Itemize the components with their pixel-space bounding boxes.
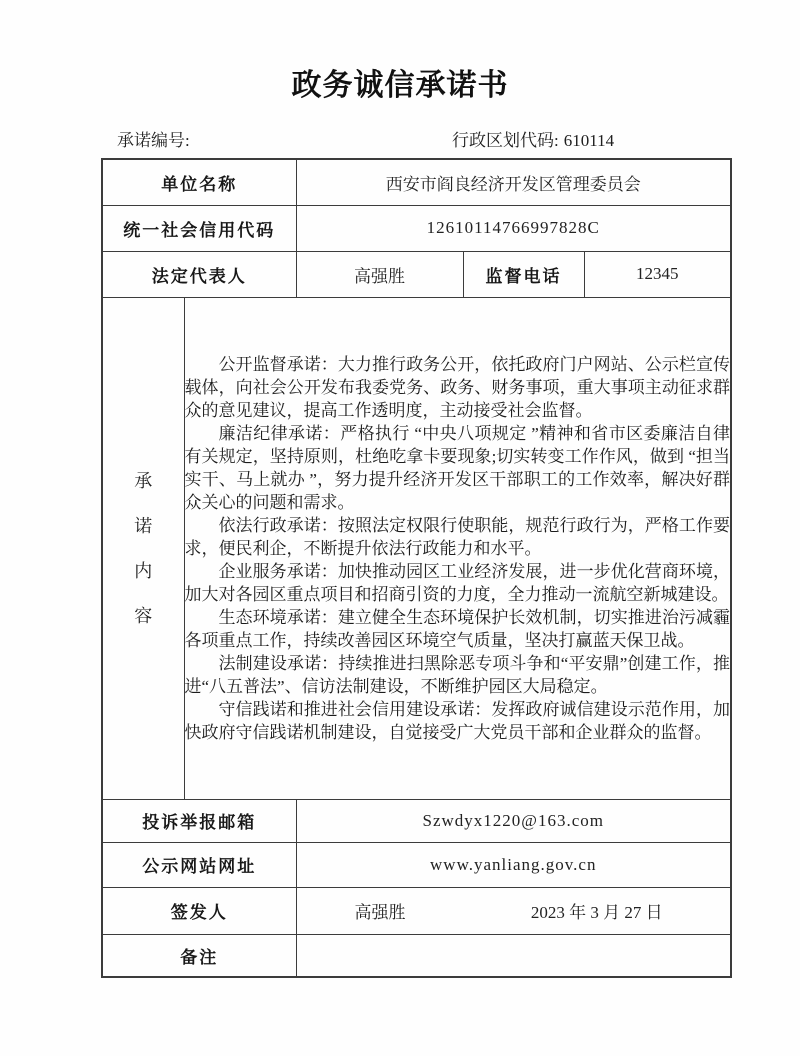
region-code-label: 行政区划代码: (452, 131, 559, 150)
commitment-paragraph: 生态环境承诺：建立健全生态环境保护长效机制，切实推进治污减霾各项重点工作，持续改… (185, 606, 731, 652)
row-issuer: 签发人 高强胜 2023 年 3 月 27 日 (102, 887, 731, 934)
commitment-label-char: 诺 (103, 517, 184, 535)
commitment-paragraph: 依法行政承诺：按照法定权限行使职能，规范行政行为，严格工作要求，便民利企，不断提… (185, 514, 731, 560)
commitment-content-label: 承 诺 内 容 (102, 297, 184, 799)
remarks-value (296, 934, 731, 977)
row-remarks: 备注 (102, 934, 731, 977)
legal-rep-label: 法定代表人 (102, 251, 296, 297)
row-unit-name: 单位名称 西安市阎良经济开发区管理委员会 (102, 159, 731, 205)
promise-number-label: 承诺编号: (117, 126, 190, 151)
unit-name-label: 单位名称 (102, 159, 296, 205)
complaint-email-label: 投诉举报邮箱 (102, 799, 296, 842)
issuer-name: 高强胜 (297, 898, 464, 923)
row-credit-code: 统一社会信用代码 12610114766997828C (102, 205, 731, 251)
legal-rep-value: 高强胜 (296, 251, 463, 297)
row-commitment-content: 承 诺 内 容 公开监督承诺：大力推行政务公开，依托政府门户网站、公示栏宣传载体… (102, 297, 731, 799)
issuer-value-row: 高强胜 2023 年 3 月 27 日 (297, 898, 731, 923)
supervise-phone-label: 监督电话 (463, 251, 584, 297)
row-complaint-email: 投诉举报邮箱 Szwdyx1220@163.com (102, 799, 731, 842)
commitment-paragraph: 法制建设承诺：持续推进扫黑除恶专项斗争和“平安鼎”创建工作，推进“八五普法”、信… (185, 652, 731, 698)
commitment-label-char: 承 (103, 472, 184, 490)
document-page: 政务诚信承诺书 承诺编号: 行政区划代码:610114 单位名称 西安市阎良经济… (0, 0, 800, 1056)
region-code: 行政区划代码:610114 (452, 126, 614, 151)
row-legal-rep: 法定代表人 高强胜 监督电话 12345 (102, 251, 731, 297)
public-website-value: www.yanliang.gov.cn (296, 842, 731, 887)
row-public-website: 公示网站网址 www.yanliang.gov.cn (102, 842, 731, 887)
issuer-value-cell: 高强胜 2023 年 3 月 27 日 (296, 887, 731, 934)
credit-code-value: 12610114766997828C (296, 205, 731, 251)
region-code-value: 610114 (564, 131, 614, 150)
remarks-label: 备注 (102, 934, 296, 977)
commitment-content-text: 公开监督承诺：大力推行政务公开，依托政府门户网站、公示栏宣传载体，向社会公开发布… (185, 353, 731, 744)
commitment-paragraph: 廉洁纪律承诺：严格执行 “中央八项规定 ”精神和省市区委廉洁自律有关规定，坚持原… (185, 422, 731, 514)
commitment-label-char: 内 (103, 562, 184, 580)
commitment-label-char: 容 (103, 607, 184, 625)
commitment-content-cell: 公开监督承诺：大力推行政务公开，依托政府门户网站、公示栏宣传载体，向社会公开发布… (184, 297, 731, 799)
commitment-paragraph: 企业服务承诺：加快推动园区工业经济发展，进一步优化营商环境，加大对各园区重点项目… (185, 560, 731, 606)
credit-code-label: 统一社会信用代码 (102, 205, 296, 251)
complaint-email-value: Szwdyx1220@163.com (296, 799, 731, 842)
public-website-label: 公示网站网址 (102, 842, 296, 887)
supervise-phone-value: 12345 (584, 251, 731, 297)
issuer-label: 签发人 (102, 887, 296, 934)
commitment-paragraph: 公开监督承诺：大力推行政务公开，依托政府门户网站、公示栏宣传载体，向社会公开发布… (185, 353, 731, 422)
issue-date: 2023 年 3 月 27 日 (464, 898, 731, 923)
commitment-form-table: 单位名称 西安市阎良经济开发区管理委员会 统一社会信用代码 1261011476… (101, 158, 732, 978)
unit-name-value: 西安市阎良经济开发区管理委员会 (296, 159, 731, 205)
commitment-paragraph: 守信践诺和推进社会信用建设承诺：发挥政府诚信建设示范作用，加快政府守信践诺机制建… (185, 698, 731, 744)
page-title: 政务诚信承诺书 (0, 60, 800, 104)
meta-line: 承诺编号: 行政区划代码:610114 (0, 126, 800, 150)
